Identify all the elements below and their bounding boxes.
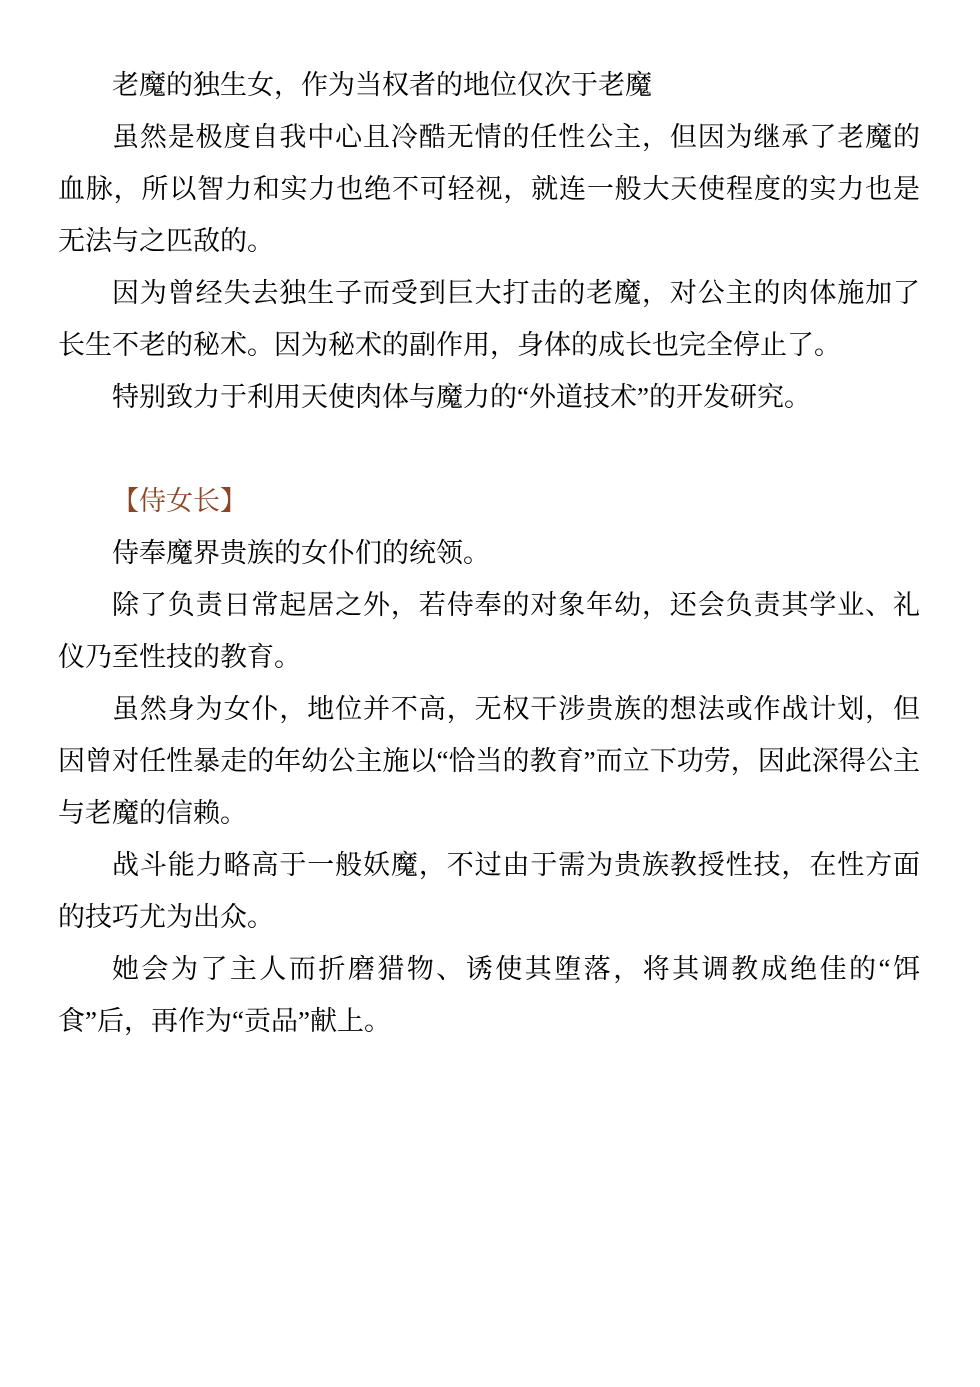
section-heading-head-maid: 【侍女长】 (58, 475, 920, 527)
paragraph-princess-intro: 老魔的独生女，作为当权者的地位仅次于老魔 (58, 59, 920, 111)
paragraph-maid-duties: 除了负责日常起居之外，若侍奉的对象年幼，还会负责其学业、礼仪乃至性技的教育。 (58, 579, 920, 683)
paragraph-maid-combat: 战斗能力略高于一般妖魔，不过由于需为贵族教授性技，在性方面的技巧尤为出众。 (58, 839, 920, 943)
paragraph-princess-research: 特别致力于利用天使肉体与魔力的“外道技术”的开发研究。 (58, 371, 920, 423)
paragraph-princess-personality: 虽然是极度自我中心且冷酷无情的任性公主，但因为继承了老魔的血脉，所以智力和实力也… (58, 111, 920, 267)
paragraph-maid-master: 她会为了主人而折磨猎物、诱使其堕落，将其调教成绝佳的“饵食”后，再作为“贡品”献… (58, 943, 920, 1047)
paragraph-maid-status: 虽然身为女仆，地位并不高，无权干涉贵族的想法或作战计划，但因曾对任性暴走的年幼公… (58, 683, 920, 839)
document-page: 老魔的独生女，作为当权者的地位仅次于老魔 虽然是极度自我中心且冷酷无情的任性公主… (0, 0, 980, 1387)
paragraph-princess-immortality: 因为曾经失去独生子而受到巨大打击的老魔，对公主的肉体施加了长生不老的秘术。因为秘… (58, 267, 920, 371)
paragraph-maid-intro: 侍奉魔界贵族的女仆们的统领。 (58, 527, 920, 579)
